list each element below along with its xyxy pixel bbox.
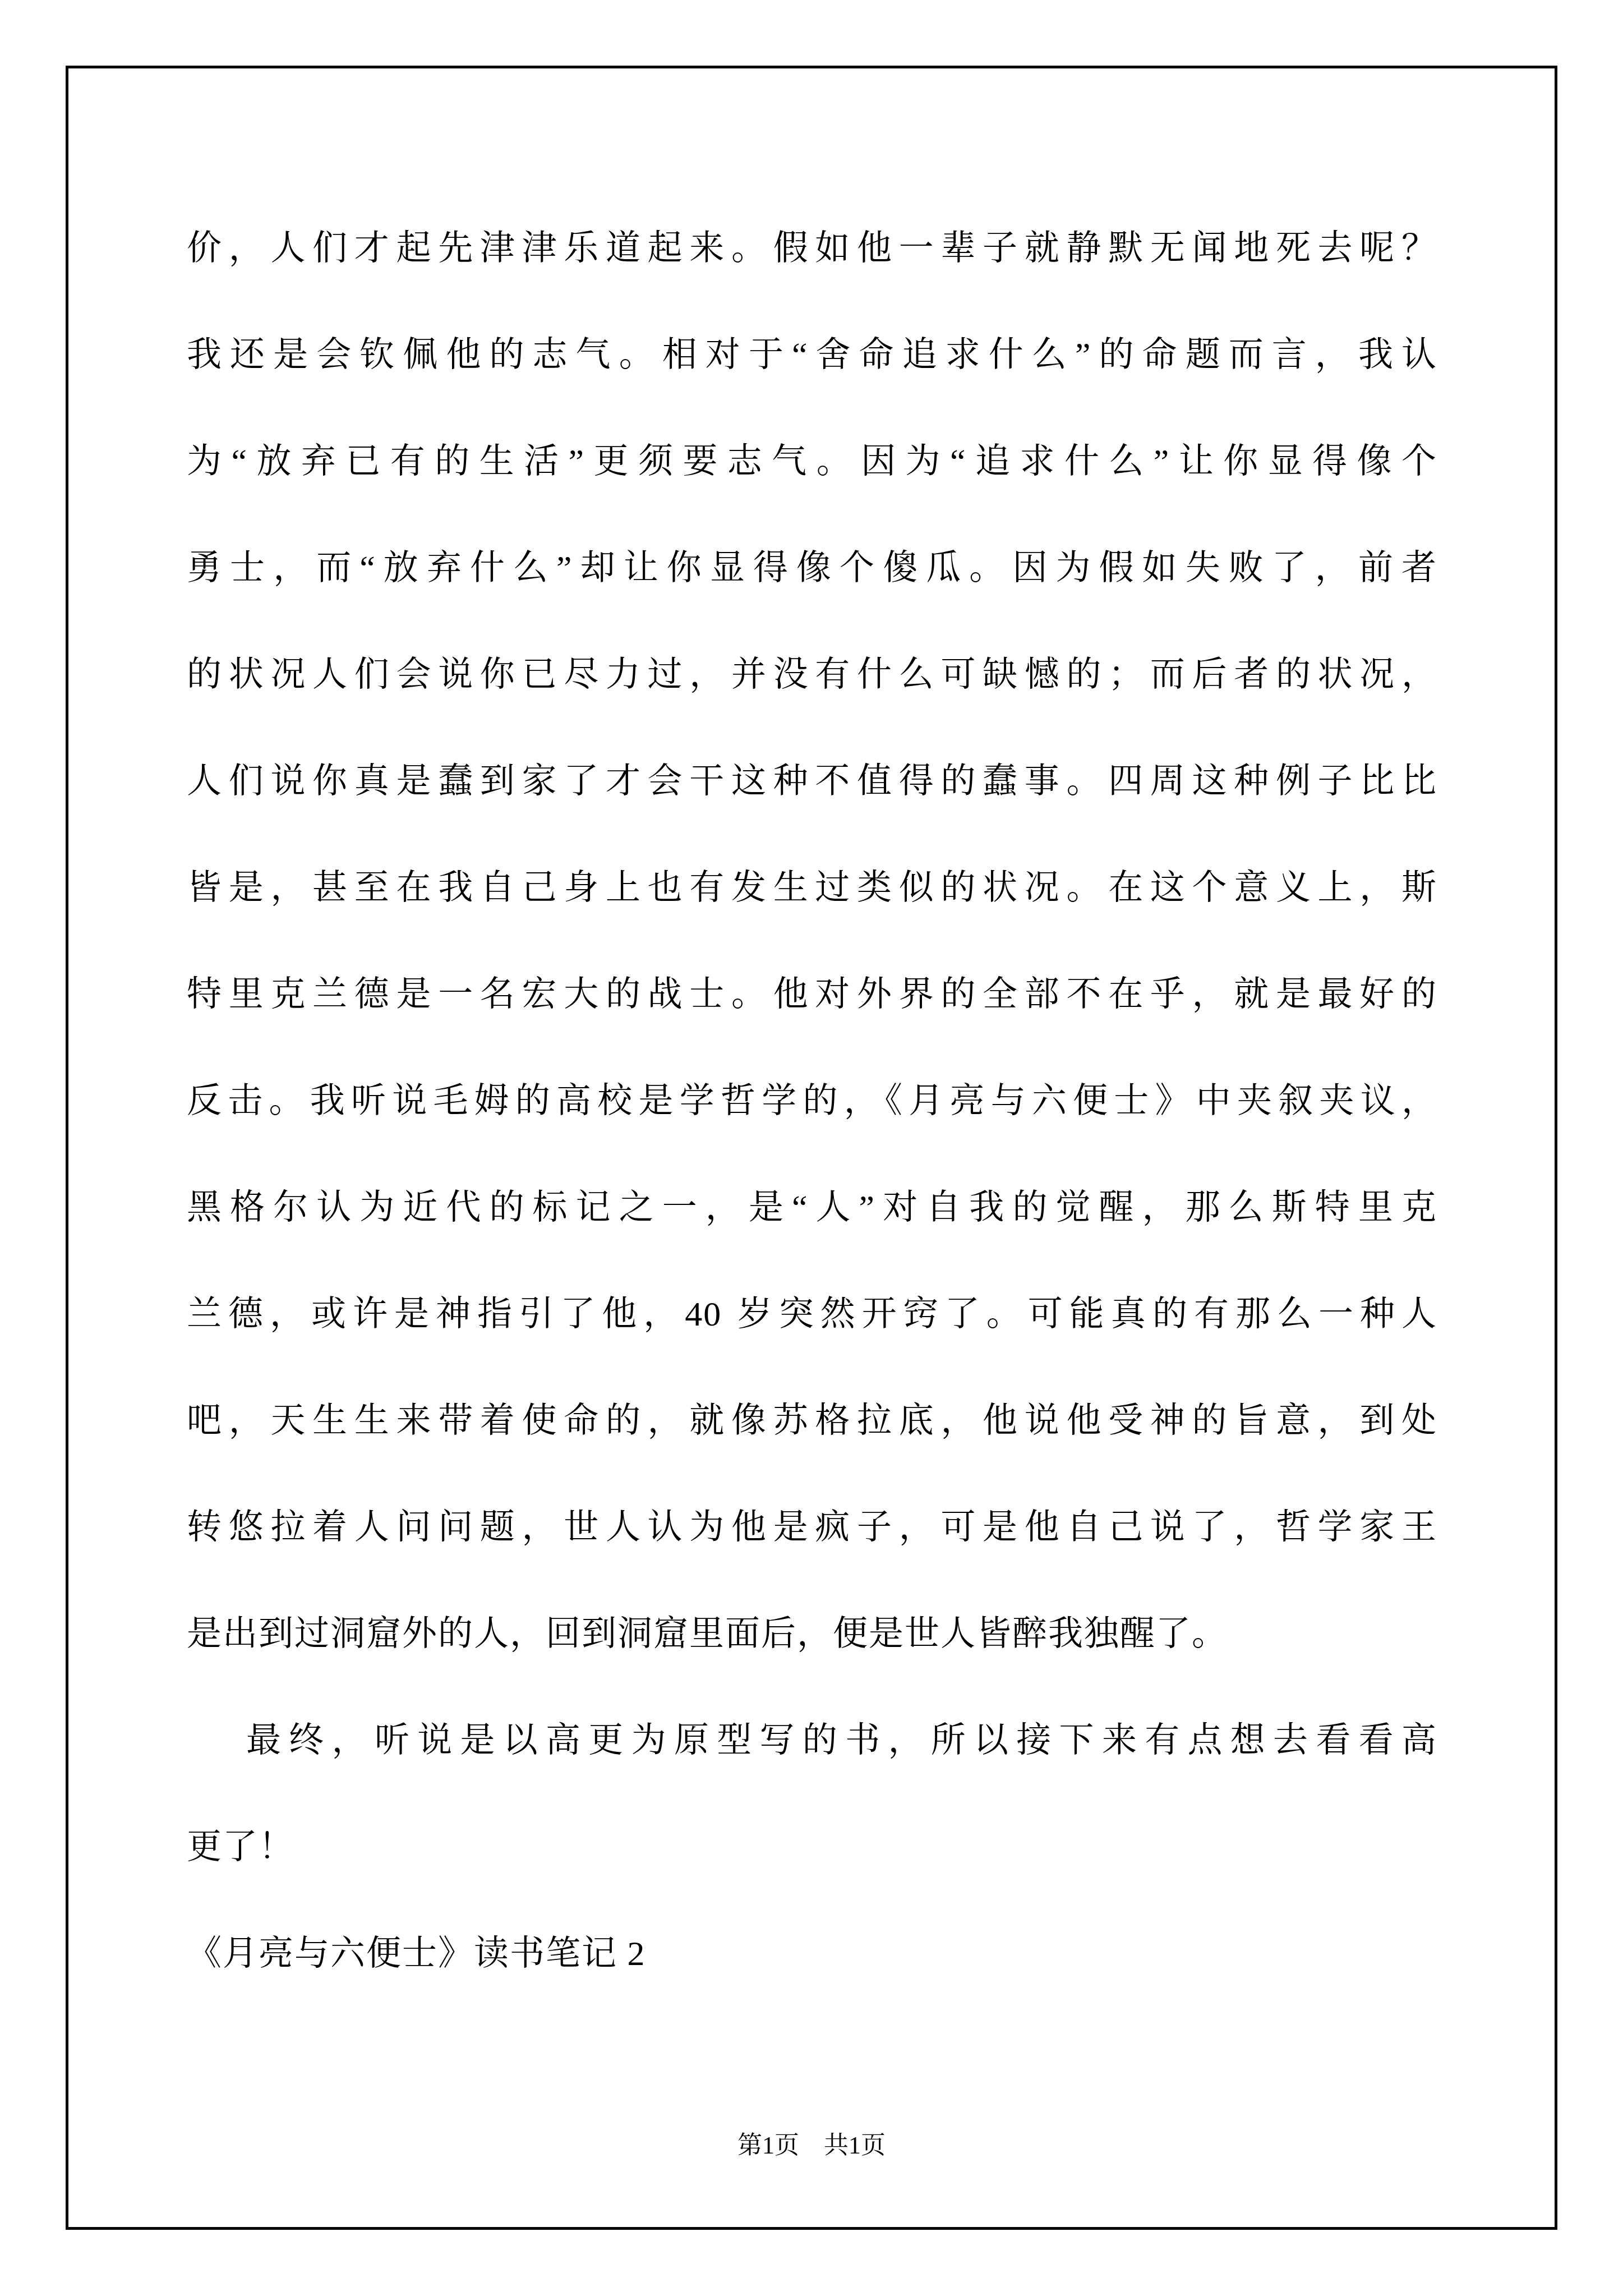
paragraph: 《月亮与六便士》读书笔记 2 (187, 1901, 1437, 2007)
text-line: 最终，听说是以高更为原型写的书，所以接下来有点想去看看高 (187, 1687, 1437, 1794)
text-line: 反击。我听说毛姆的高校是学哲学的，《月亮与六便士》中夹叙夹议， (187, 1048, 1437, 1154)
text-line: 黑格尔认为近代的标记之一，是“人”对自我的觉醒，那么斯特里克 (187, 1154, 1437, 1261)
paragraph: 价，人们才起先津津乐道起来。假如他一辈子就静默无闻地死去呢？我还是会钦佩他的志气… (187, 195, 1437, 1687)
text-line: 人们说你真是蠢到家了才会干这种不值得的蠢事。四周这种例子比比 (187, 728, 1437, 835)
document-body: 价，人们才起先津津乐道起来。假如他一辈子就静默无闻地死去呢？我还是会钦佩他的志气… (187, 195, 1437, 2007)
text-line: 价，人们才起先津津乐道起来。假如他一辈子就静默无闻地死去呢？ (187, 195, 1437, 302)
text-line: 吧，天生生来带着使命的，就像苏格拉底，他说他受神的旨意，到处 (187, 1368, 1437, 1474)
text-line: 为“放弃已有的生活”更须要志气。因为“追求什么”让你显得像个 (187, 408, 1437, 515)
text-line: 我还是会钦佩他的志气。相对于“舍命追求什么”的命题而言，我认 (187, 302, 1437, 408)
page-footer: 第1页 共1页 (0, 2129, 1623, 2162)
text-line: 转悠拉着人问问题，世人认为他是疯子，可是他自己说了，哲学家王 (187, 1474, 1437, 1581)
text-line: 特里克兰德是一名宏大的战士。他对外界的全部不在乎，就是最好的 (187, 941, 1437, 1048)
text-line: 兰德，或许是神指引了他，40 岁突然开窍了。可能真的有那么一种人 (187, 1261, 1437, 1368)
document-page: 价，人们才起先津津乐道起来。假如他一辈子就静默无闻地死去呢？我还是会钦佩他的志气… (0, 0, 1623, 2296)
text-line: 更了！ (187, 1794, 1437, 1901)
page-number-text: 第1页 共1页 (737, 2132, 886, 2159)
text-line: 皆是，甚至在我自己身上也有发生过类似的状况。在这个意义上，斯 (187, 835, 1437, 941)
paragraph: 最终，听说是以高更为原型写的书，所以接下来有点想去看看高更了！ (187, 1687, 1437, 1901)
text-line: 是出到过洞窟外的人，回到洞窟里面后，便是世人皆醉我独醒了。 (187, 1581, 1437, 1687)
text-line: 勇士，而“放弃什么”却让你显得像个傻瓜。因为假如失败了，前者 (187, 515, 1437, 622)
text-line: 的状况人们会说你已尽力过，并没有什么可缺憾的；而后者的状况， (187, 622, 1437, 728)
text-line: 《月亮与六便士》读书笔记 2 (187, 1901, 1437, 2007)
